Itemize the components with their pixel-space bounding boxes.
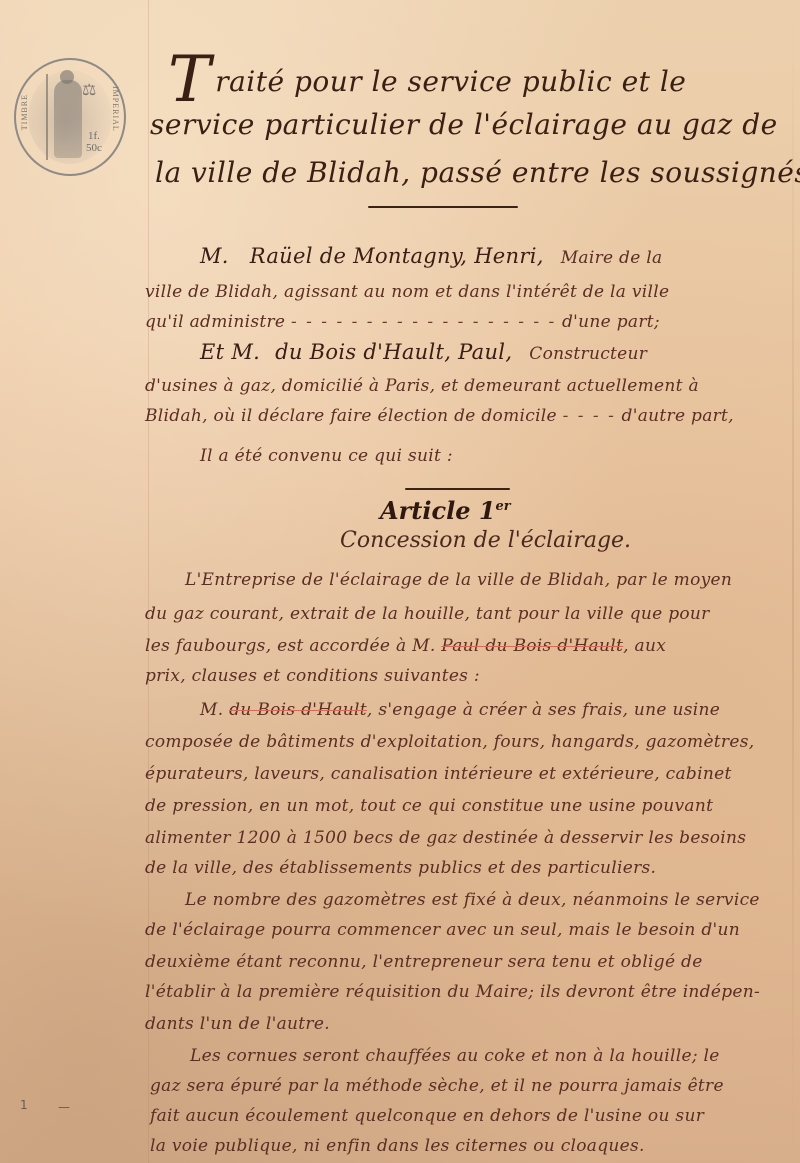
body-line-3-end: , aux (623, 636, 666, 656)
stamp-text-imperial: IMPERIAL (111, 86, 120, 132)
party-1-prefix: M. (200, 244, 229, 268)
title-divider (368, 206, 518, 208)
party-2-line: Et M. du Bois d'Hault, Paul, Constructeu… (200, 340, 647, 364)
party-2-line-3-end: d'autre part, (622, 406, 734, 426)
article-heading-text: Article 1 (380, 496, 496, 525)
body-line-1: L'Entreprise de l'éclairage de la ville … (185, 570, 732, 590)
title-line-1-text: raité pour le service public et le (215, 65, 686, 98)
body-line-3: les faubourgs, est accordée à M. Paul du… (145, 636, 666, 656)
party-2-line-2: d'usines à gaz, domicilié à Paris, et de… (145, 376, 699, 396)
title-line-3: la ville de Blidah, passé entre les sous… (155, 156, 800, 189)
stamp-value-franc: 1f. (86, 130, 102, 142)
body-line-14: l'établir à la première réquisition du M… (145, 982, 760, 1002)
body-line-16: Les cornues seront chauffées au coke et … (190, 1046, 720, 1066)
body-line-12: de l'éclairage pourra commencer avec un … (145, 920, 740, 940)
justice-figure-icon (54, 80, 82, 158)
body-line-9: alimenter 1200 à 1500 becs de gaz destin… (145, 828, 746, 848)
stamp-value-centimes: 50c (86, 142, 102, 154)
body-line-6: composée de bâtiments d'exploitation, fo… (145, 732, 754, 752)
body-line-5-end: , s'engage à créer à ses frais, une usin… (367, 700, 720, 720)
body-line-19: la voie publique, ni enfin dans les cite… (150, 1136, 645, 1156)
stamp-staff-icon (46, 74, 48, 160)
body-line-8: de pression, en un mot, tout ce qui cons… (145, 796, 713, 816)
body-line-7: épurateurs, laveurs, canalisation intéri… (145, 764, 732, 784)
struck-name: Paul du Bois d'Hault (441, 636, 623, 656)
article-subheading: Concession de l'éclairage. (340, 528, 631, 553)
body-line-3-text: les faubourgs, est accordée à M. (145, 636, 436, 656)
agreement-statement: Il a été convenu ce qui suit : (200, 446, 453, 466)
party-2-prefix: Et M. (200, 340, 260, 364)
body-line-18: fait aucun écoulement quelconque en deho… (150, 1106, 704, 1126)
body-line-10: de la ville, des établissements publics … (145, 858, 656, 878)
party-1-line-3-end: d'une part; (562, 312, 660, 332)
body-line-5-text: M. (200, 700, 223, 720)
party-1-line-3-text: qu'il administre (145, 312, 285, 332)
title-line-1: Traité pour le service public et le (168, 48, 686, 112)
party-2-title: Constructeur (529, 344, 647, 364)
party-1-line-2: ville de Blidah, agissant au nom et dans… (145, 282, 669, 302)
struck-name-2: du Bois d'Hault (229, 700, 367, 720)
scales-of-justice-icon: ⚖ (82, 80, 96, 99)
body-line-11: Le nombre des gazomètres est fixé à deux… (185, 890, 760, 910)
party-1-line-3: qu'il administre - - - - - - - - - - - -… (145, 312, 660, 332)
article-heading-sup: er (496, 499, 511, 514)
fill-dots: - - - - - - - - - - - - - - - - - - (291, 312, 556, 332)
article-divider (405, 488, 510, 490)
body-line-4: prix, clauses et conditions suivantes : (145, 666, 480, 686)
body-line-5: M. du Bois d'Hault, s'engage à créer à s… (200, 700, 720, 720)
margin-mark-1: 1 (20, 1098, 28, 1112)
body-line-15: dants l'un de l'autre. (145, 1014, 330, 1034)
body-line-13: deuxième étant reconnu, l'entrepreneur s… (145, 952, 703, 972)
stamp-value: 1f. 50c (86, 130, 102, 154)
party-1-name: Raüel de Montagny, Henri, (250, 244, 544, 268)
timbre-imperial-stamp: ⚖ TIMBRE IMPERIAL 1f. 50c (14, 58, 126, 176)
body-line-2: du gaz courant, extrait de la houille, t… (145, 604, 710, 624)
body-line-17: gaz sera épuré par la méthode sèche, et … (150, 1076, 724, 1096)
party-1-title: Maire de la (561, 248, 663, 268)
party-2-line-3: Blidah, où il déclare faire élection de … (145, 406, 734, 426)
margin-mark-2: — (58, 1100, 70, 1114)
document-page: ⚖ TIMBRE IMPERIAL 1f. 50c Traité pour le… (0, 0, 800, 1163)
title-initial: T (168, 43, 211, 117)
title-line-2: service particulier de l'éclairage au ga… (150, 108, 778, 141)
stamp-text-timbre: TIMBRE (20, 94, 29, 130)
party-2-name: du Bois d'Hault, Paul, (275, 340, 512, 364)
party-2-line-3-text: Blidah, où il déclare faire élection de … (145, 406, 557, 426)
party-1-line: M. Raüel de Montagny, Henri, Maire de la (200, 244, 662, 268)
article-heading: Article 1er (380, 496, 511, 525)
fill-dots-2: - - - - (563, 406, 616, 426)
